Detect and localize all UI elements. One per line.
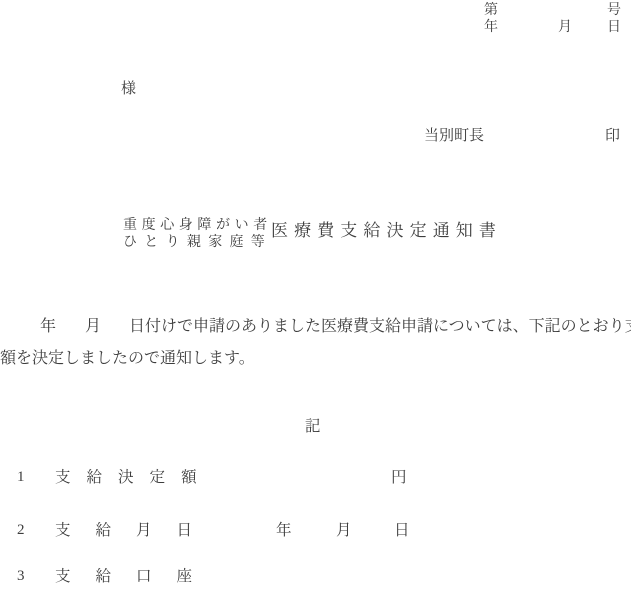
issuer-seal-mark: 印	[605, 128, 620, 145]
title-qualifier-line2: ひとり親家庭等	[123, 235, 272, 250]
item2-year-label: 年	[276, 522, 292, 539]
document-title: 医療費支給決定通知書	[271, 222, 502, 241]
addressee-honorific: 様	[121, 81, 136, 98]
body-paragraph-line1: 日付けで申請のありました医療費支給申請については、下記のとおり支給	[129, 318, 631, 336]
doc-number-prefix: 第	[484, 3, 498, 18]
body-paragraph-line2: 額を決定しましたので通知します。	[0, 350, 255, 368]
item1-unit-yen: 円	[391, 469, 407, 486]
issuer-name: 当別町長	[424, 128, 484, 145]
issue-date-day-label: 日	[607, 20, 621, 35]
issue-date-year-label: 年	[484, 20, 498, 35]
body-date-month-label: 月	[85, 318, 101, 336]
body-date-year-label: 年	[40, 318, 56, 336]
item3-label: 支給口座	[55, 568, 217, 585]
item1-label: 支給決定額	[55, 469, 213, 486]
doc-number-suffix: 号	[607, 3, 621, 18]
item3-number: 3	[17, 568, 25, 585]
item2-label: 支給月日	[55, 522, 217, 539]
notification-document-page: 第 号 年 月 日 様 当別町長 印 重度心身障がい者 ひとり親家庭等 医療費支…	[0, 0, 631, 589]
item2-day-label: 日	[394, 522, 410, 539]
item2-month-label: 月	[336, 522, 352, 539]
record-marker: 記	[305, 418, 321, 435]
item1-number: 1	[17, 469, 25, 486]
issue-date-month-label: 月	[558, 20, 572, 35]
item2-number: 2	[17, 522, 25, 539]
title-qualifier-line1: 重度心身障がい者	[123, 218, 272, 233]
